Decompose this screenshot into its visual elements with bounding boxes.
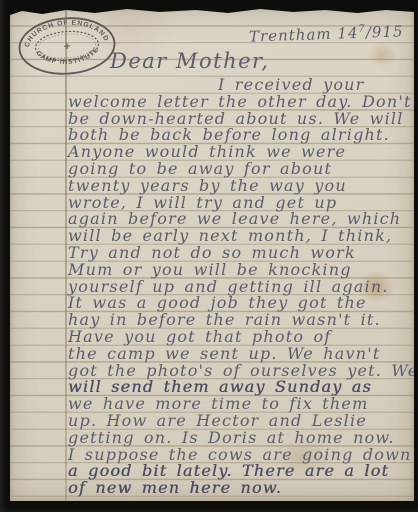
- dateline-place: Trentham: [249, 25, 332, 46]
- scanned-letter: CHURCH OF ENGLAND CAMP INSTITUTE + Trent…: [0, 0, 418, 512]
- salutation: Dear Mother,: [110, 49, 269, 73]
- letter-page: CHURCH OF ENGLAND CAMP INSTITUTE + Trent…: [10, 9, 414, 501]
- church-camp-institute-stamp: CHURCH OF ENGLAND CAMP INSTITUTE +: [14, 11, 120, 82]
- stamp-cross-icon: +: [63, 41, 70, 53]
- letter-line: getting on. Is Doris at home now.: [68, 430, 416, 447]
- stamp-graphic: CHURCH OF ENGLAND CAMP INSTITUTE +: [14, 11, 120, 82]
- dateline-year: /915: [366, 22, 404, 41]
- letter-line: of new men here now.: [68, 480, 416, 497]
- dateline: Trentham 147/915: [249, 22, 404, 45]
- letter-body: I received your welcome letter the other…: [68, 77, 416, 497]
- dateline-day: 14: [338, 24, 360, 43]
